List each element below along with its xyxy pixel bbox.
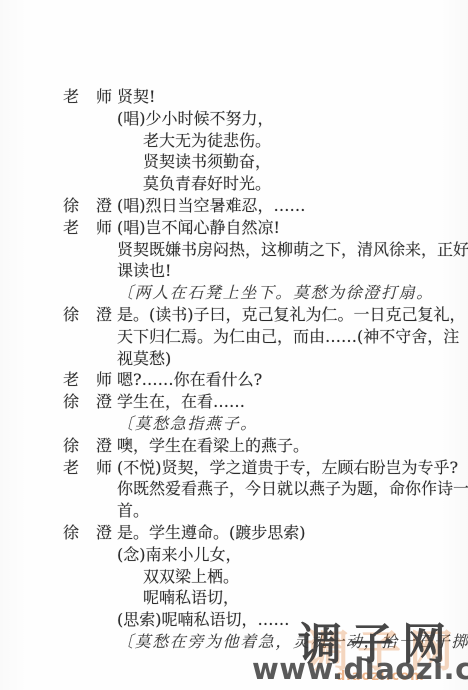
script-line: 徐 澄是。(读书)子曰，克己复礼为仁。一日克己复礼， — [63, 304, 460, 326]
speaker-label — [63, 348, 117, 370]
speaker-label — [63, 151, 117, 173]
speaker-label — [63, 413, 117, 435]
speaker-label — [63, 239, 117, 261]
line-text: 双双梁上栖。 — [117, 566, 460, 588]
line-text: 〔莫愁在旁为他着急，灵机一动，拾一石子掷至徐 — [117, 631, 468, 653]
speaker-label — [63, 108, 117, 130]
script-line: 双双梁上栖。 — [63, 566, 460, 588]
script-line: 贤契既嫌书房闷热，这柳萌之下，清风徐来，正好 — [63, 239, 460, 261]
line-text: (不悦)贤契，学之道贵于专，左顾右盼岂为专乎? — [117, 457, 460, 479]
speaker-label — [63, 326, 117, 348]
script-line: 视莫愁) — [63, 348, 460, 370]
script-line: 莫负青春好时光。 — [63, 173, 460, 195]
line-text: 首。 — [117, 500, 460, 522]
script-line: (念)南来小儿女， — [63, 544, 460, 566]
line-text: 是。(读书)子曰，克己复礼为仁。一日克己复礼， — [117, 304, 466, 326]
line-text: (唱)少小时候不努力， — [117, 108, 460, 130]
speaker-label: 徐 澄 — [63, 304, 117, 326]
script-line: 〔莫愁急指燕子。 — [63, 413, 460, 435]
line-text: (思索)呢喃私语切，…… — [117, 609, 460, 631]
speaker-label: 徐 澄 — [63, 435, 117, 457]
speaker-label — [63, 544, 117, 566]
script-line: (唱)少小时候不努力， — [63, 108, 460, 130]
script-line: 徐 澄(唱)烈日当空暑难忍，…… — [63, 195, 460, 217]
speaker-label — [63, 282, 117, 304]
speaker-label — [63, 500, 117, 522]
speaker-label — [63, 631, 117, 653]
scanned-page: 老 师贤契!(唱)少小时候不努力，老大无为徒悲伤。贤契读书须勤奋，莫负青春好时光… — [0, 0, 468, 690]
line-text: 贤契读书须勤奋， — [117, 151, 460, 173]
line-text: 你既然爱看燕子，今日就以燕子为题，命你作诗一 — [117, 478, 468, 500]
speaker-label: 老 师 — [63, 369, 117, 391]
line-text: 嗯?……你在看什么? — [117, 369, 460, 391]
speaker-label — [63, 478, 117, 500]
line-text: 贤契既嫌书房闷热，这柳萌之下，清风徐来，正好 — [117, 239, 468, 261]
line-text: 莫负青春好时光。 — [117, 173, 460, 195]
script-line: 课读也! — [63, 260, 460, 282]
line-text: 〔两人在石凳上坐下。莫愁为徐澄打扇。 — [117, 282, 460, 304]
line-text: 〔莫愁急指燕子。 — [117, 413, 460, 435]
script-line: 老 师嗯?……你在看什么? — [63, 369, 460, 391]
script-line: 〔两人在石凳上坐下。莫愁为徐澄打扇。 — [63, 282, 460, 304]
line-text: 老大无为徒悲伤。 — [117, 130, 460, 152]
speaker-label: 老 师 — [63, 86, 117, 108]
speaker-label: 徐 澄 — [63, 522, 117, 544]
script-line: 首。 — [63, 500, 460, 522]
line-text: 天下归仁焉。为仁由己，而由……(神不守舍，注 — [117, 326, 460, 348]
script-lines: 老 师贤契!(唱)少小时候不努力，老大无为徒悲伤。贤契读书须勤奋，莫负青春好时光… — [63, 86, 460, 653]
script-line: 天下归仁焉。为仁由己，而由……(神不守舍，注 — [63, 326, 460, 348]
speaker-label — [63, 609, 117, 631]
script-line: 老 师(唱)岂不闻心静自然凉! — [63, 217, 460, 239]
line-text: (唱)烈日当空暑难忍，…… — [117, 195, 460, 217]
speaker-label: 老 师 — [63, 457, 117, 479]
line-text: 学生在，在看…… — [117, 391, 460, 413]
speaker-label — [63, 260, 117, 282]
line-text: 噢，学生在看梁上的燕子。 — [117, 435, 460, 457]
script-line: 老 师贤契! — [63, 86, 460, 108]
script-line: 徐 澄是。学生遵命。(踱步思索) — [63, 522, 460, 544]
script-line: 贤契读书须勤奋， — [63, 151, 460, 173]
script-line: (思索)呢喃私语切，…… — [63, 609, 460, 631]
line-text: (念)南来小儿女， — [117, 544, 460, 566]
script-line: 〔莫愁在旁为他着急，灵机一动，拾一石子掷至徐 — [63, 631, 460, 653]
speaker-label: 老 师 — [63, 217, 117, 239]
line-text: 呢喃私语切， — [117, 587, 460, 609]
line-text: (唱)岂不闻心静自然凉! — [117, 217, 460, 239]
watermark-url-echo: diaozi.com — [336, 669, 425, 684]
line-text: 贤契! — [117, 86, 460, 108]
script-line: 徐 澄噢，学生在看梁上的燕子。 — [63, 435, 460, 457]
script-line: 呢喃私语切， — [63, 587, 460, 609]
speaker-label — [63, 173, 117, 195]
watermark-site-url: www.diaozi.com — [252, 652, 468, 686]
script-line: 老 师(不悦)贤契，学之道贵于专，左顾右盼岂为专乎? — [63, 457, 460, 479]
line-text: 视莫愁) — [117, 348, 460, 370]
speaker-label — [63, 587, 117, 609]
speaker-label: 徐 澄 — [63, 391, 117, 413]
script-line: 你既然爱看燕子，今日就以燕子为题，命你作诗一 — [63, 478, 460, 500]
line-text: 是。学生遵命。(踱步思索) — [117, 522, 460, 544]
speaker-label — [63, 130, 117, 152]
line-text: 课读也! — [117, 260, 460, 282]
script-line: 老大无为徒悲伤。 — [63, 130, 460, 152]
speaker-label: 徐 澄 — [63, 195, 117, 217]
speaker-label — [63, 566, 117, 588]
script-line: 徐 澄学生在，在看…… — [63, 391, 460, 413]
